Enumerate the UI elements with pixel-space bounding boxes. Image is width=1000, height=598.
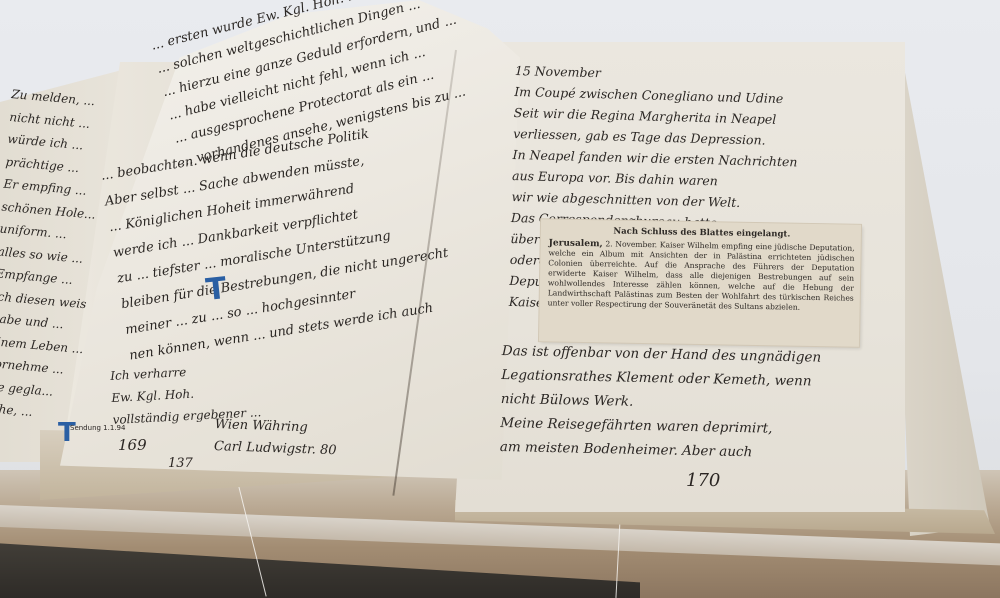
text-line: Carl Ludwigstr. 80 xyxy=(213,440,336,466)
blue-pencil-insert-mark: T xyxy=(204,271,228,308)
right-page-stack-edge xyxy=(890,46,990,536)
clipping-body: Jerusalem, 2. November. Kaiser Wilhelm e… xyxy=(548,238,855,313)
clipping-text: 2. November. Kaiser Wilhelm empfing eine… xyxy=(548,239,855,311)
page-number-right: 170 xyxy=(686,470,720,491)
page-number-underlying: 137 xyxy=(168,456,193,471)
newspaper-clipping: Nach Schluss des Blattes eingelangt. Jer… xyxy=(539,219,861,347)
photo-scene: Zu melden, ... nicht nicht ... würde ich… xyxy=(0,0,1000,598)
letter-address: Wien Währing Carl Ludwigstr. 80 xyxy=(213,418,337,466)
right-page-lower-text: Das ist offenbar von der Hand des ungnäd… xyxy=(499,345,821,472)
blue-pencil-margin-mark: T xyxy=(58,418,76,448)
page-number-left: 169 xyxy=(118,436,147,454)
margin-note: Sendung 1.1.94 xyxy=(70,424,125,432)
